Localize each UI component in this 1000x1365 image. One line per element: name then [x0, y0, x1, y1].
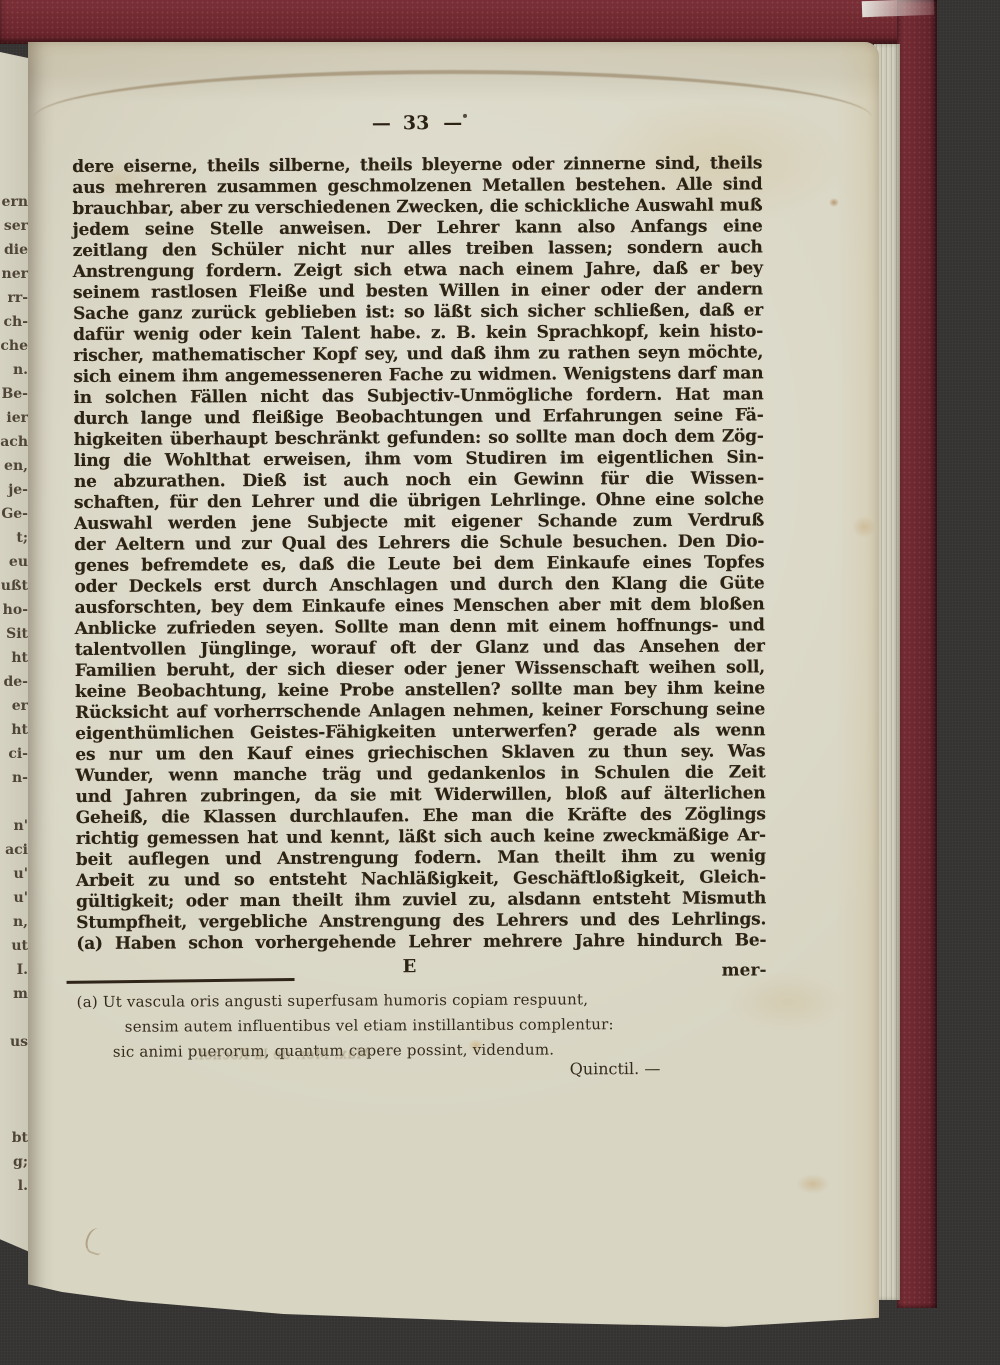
footnote-attribution: Quinctil. —	[530, 1059, 700, 1079]
margin-fragment: che	[0, 334, 30, 358]
margin-fragment	[0, 1078, 30, 1102]
catchword: mer-	[669, 960, 766, 981]
margin-fragment	[0, 1006, 30, 1030]
margin-fragment: n'	[0, 814, 30, 838]
margin-fragment: ner	[0, 262, 30, 286]
margin-fragment: l.	[0, 1174, 30, 1198]
show-through-text: Max. Mor. de la Rochef.	[100, 1046, 370, 1063]
margin-fragment: ho-	[0, 598, 30, 622]
ink-speck	[463, 114, 467, 118]
margin-fragment: us	[0, 1030, 30, 1054]
margin-fragment: de-	[0, 670, 30, 694]
margin-fragments: ernserdienerrr-ch-chen.Be-ierachen,je-Ge…	[0, 190, 30, 1198]
page-content: — 33 — dere eiserne, theils silberne, th…	[25, 40, 883, 1334]
page-number: 33	[403, 112, 430, 134]
book-cover-top-edge	[0, 0, 937, 44]
margin-fragment: ch-	[0, 310, 30, 334]
margin-fragment	[0, 1054, 30, 1078]
margin-fragment: Sit	[0, 622, 30, 646]
text-line: (a) Haben schon vorhergehende Lehrer meh…	[76, 930, 766, 955]
margin-fragment: die	[0, 238, 30, 262]
margin-fragment	[0, 790, 30, 814]
margin-fragment: bt	[0, 1126, 30, 1150]
margin-fragment: er	[0, 694, 30, 718]
header-dash-left: —	[372, 112, 389, 134]
margin-fragment: ier	[0, 406, 30, 430]
margin-fragment: ußt	[0, 574, 30, 598]
margin-fragment: I.	[0, 958, 30, 982]
margin-fragment: n.	[0, 358, 30, 382]
margin-fragment: n-	[0, 766, 30, 790]
margin-fragment: Ge-	[0, 502, 30, 526]
margin-fragment: m	[0, 982, 30, 1006]
margin-fragment: ach	[0, 430, 30, 454]
footnote-separator-rule	[67, 978, 295, 984]
margin-fragment: en,	[0, 454, 30, 478]
margin-fragment: rr-	[0, 286, 30, 310]
book-scan-photo: { "page": { "number": "33", "header_dash…	[0, 0, 1000, 1365]
margin-fragment: je-	[0, 478, 30, 502]
margin-fragment: ht	[0, 718, 30, 742]
book-cover-right-edge	[897, 0, 937, 1308]
cover-corner-highlight	[862, 0, 935, 17]
margin-fragment: ht	[0, 646, 30, 670]
margin-fragment: g;	[0, 1150, 30, 1174]
margin-fragment: aci	[0, 838, 30, 862]
margin-fragment: u'	[0, 886, 30, 910]
margin-fragment: eu	[0, 550, 30, 574]
footnote-line: sensim autem influentibus vel etiam inst…	[125, 1011, 767, 1039]
margin-fragment: ci-	[0, 742, 30, 766]
margin-fragment: ern	[0, 190, 30, 214]
margin-fragment: n,	[0, 910, 30, 934]
margin-fragment	[0, 1102, 30, 1126]
header-dash-right: —	[443, 112, 460, 134]
signature-mark: E	[349, 956, 469, 978]
margin-fragment: u'	[0, 862, 30, 886]
margin-fragment: Be-	[0, 382, 30, 406]
book-page: — 33 — dere eiserne, theils silberne, th…	[28, 42, 879, 1332]
body-text: dere eiserne, theils silberne, theils bl…	[72, 153, 766, 955]
margin-fragment: t;	[0, 526, 30, 550]
footnote-line: (a) Ut vascula oris angusti superfusam h…	[77, 986, 767, 1015]
margin-fragment: ut	[0, 934, 30, 958]
margin-fragment: ser	[0, 214, 30, 238]
page-header: — 33 —	[72, 108, 760, 138]
